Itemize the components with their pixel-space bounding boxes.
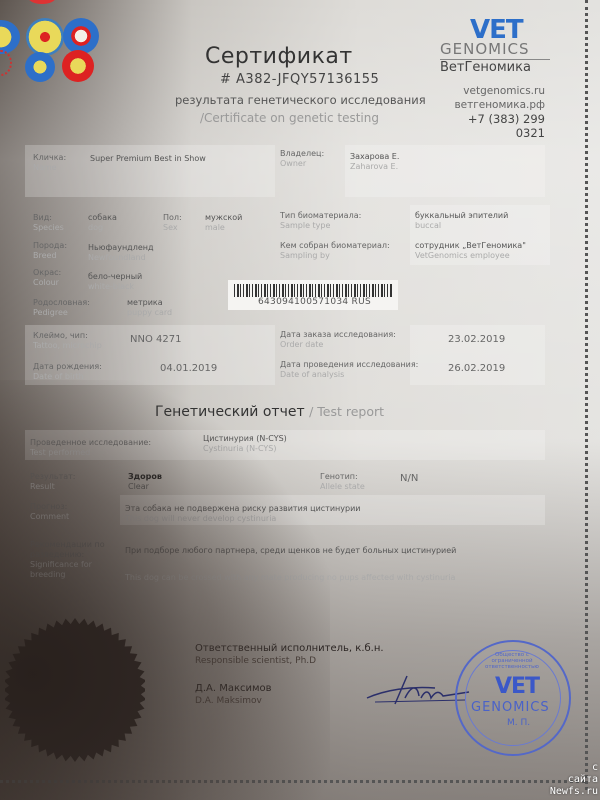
breed-value: НьюфаундлендNewfoundland (88, 243, 154, 263)
genotype-label: Генотип:Allele state (320, 472, 365, 492)
order-date-value: 23.02.2019 (448, 335, 505, 345)
brand-name-ru: ВетГеномика (440, 59, 550, 76)
name-value: Super Premium Best in Show (90, 154, 206, 164)
pedigree-value: метрикаpuppy card (127, 298, 172, 318)
recommendation-value-ru: При подборе любого партнера, среди щенко… (125, 546, 456, 556)
name-label: Кличка:Name (33, 153, 66, 173)
dotted-frame-bottom (0, 780, 585, 783)
genotype-value: N/N (400, 474, 418, 484)
sample-type-value: буккальный эпителийbuccal (415, 211, 508, 231)
site-watermark: с сайта Newfs.ru (550, 762, 598, 798)
analysis-date-label: Дата проведения исследования:Date of ana… (280, 360, 418, 380)
sex-value: мужскойmale (205, 213, 242, 233)
colour-value: бело-черныйwhite-black (88, 272, 142, 292)
sex-label: Пол:Sex (163, 213, 182, 233)
vetgenomics-logo: VET GENOMICS ВетГеномика (440, 18, 550, 76)
tattoo-value: NNO 4271 (130, 335, 181, 345)
stamp-genomics: GENOMICS (471, 700, 550, 715)
phone-number: +7 (383) 299 0321 (440, 112, 545, 140)
barcode: 643094100571034 RUS (228, 280, 398, 310)
breed-label: Порода:Breed (33, 241, 67, 261)
order-date-label: Дата заказа исследования:Order date (280, 330, 396, 350)
dob-label: Дата рождения:Date of birth (33, 362, 102, 382)
signer-name: Д.А. МаксимовD.A. Maksimov (195, 682, 272, 708)
dob-value: 04.01.2019 (160, 364, 217, 374)
sampled-by-value: сотрудник „ВетГеномика"VetGenomics emplo… (415, 241, 526, 261)
report-title: Генетический отчет / Test report (155, 404, 384, 420)
logo-genomics: GENOMICS (440, 42, 550, 57)
certificate-number: # A382-JFQY57136155 (220, 72, 379, 87)
test-label: Проведенное исследование:Test performed (30, 438, 151, 458)
species-label: Вид:Species (33, 213, 64, 233)
certificate-title: Сертификат (205, 44, 353, 69)
recommendation-value-en: This dog can be crossed with any mate pr… (125, 573, 455, 583)
company-stamp: Общество с ограниченной ответственностью… (455, 640, 571, 756)
test-value: Цистинурия (N-CYS)Cystinuria (N-CYS) (203, 434, 287, 454)
certificate-page: Сертификат # A382-JFQY57136155 результат… (0, 0, 600, 800)
comment-label: Прогноз:Comment (30, 502, 69, 522)
certificate-subtitle-ru: результата генетического исследования (175, 93, 426, 107)
comment-value: Эта собака не подвержена риску развития … (125, 504, 360, 524)
recommendation-label: Рекомендации по разведению:Significance … (30, 540, 105, 580)
embossed-seal-icon (5, 615, 145, 765)
certificate-subtitle-en: /Certificate on genetic testing (200, 111, 379, 125)
pedigree-label: Родословная:Pedigree (33, 298, 90, 318)
stamp-top-text: Общество с ограниченной ответственностью (477, 652, 547, 670)
tattoo-label: Клеймо, чип:Tattoo, microchip (33, 331, 102, 351)
owner-value: Захарова Е.Zaharova E. (350, 152, 399, 172)
sample-type-label: Тип биоматериала:Sample type (280, 211, 361, 231)
result-value: ЗдоровClear (128, 472, 162, 492)
contacts: vetgenomics.ru ветгеномика.рф +7 (383) 2… (440, 84, 545, 140)
barcode-bars (234, 284, 392, 297)
signer-role: Ответственный исполнитель, к.б.н.Respons… (195, 642, 384, 668)
dotted-frame-right (585, 0, 588, 790)
owner-label: Владелец:Owner (280, 149, 324, 169)
stamp-mp: М. П. (507, 718, 530, 728)
colour-label: Окрас:Colour (33, 268, 61, 288)
species-value: собакаdog (88, 213, 117, 233)
website-rf-link[interactable]: ветгеномика.рф (440, 98, 545, 112)
stamp-vet: VET (495, 674, 539, 699)
result-label: Результат:Result (30, 472, 75, 492)
barcode-number: 643094100571034 RUS (258, 297, 371, 307)
website-link[interactable]: vetgenomics.ru (440, 84, 545, 98)
analysis-date-value: 26.02.2019 (448, 364, 505, 374)
sampled-by-label: Кем собран биоматериал:Sampling by (280, 241, 390, 261)
